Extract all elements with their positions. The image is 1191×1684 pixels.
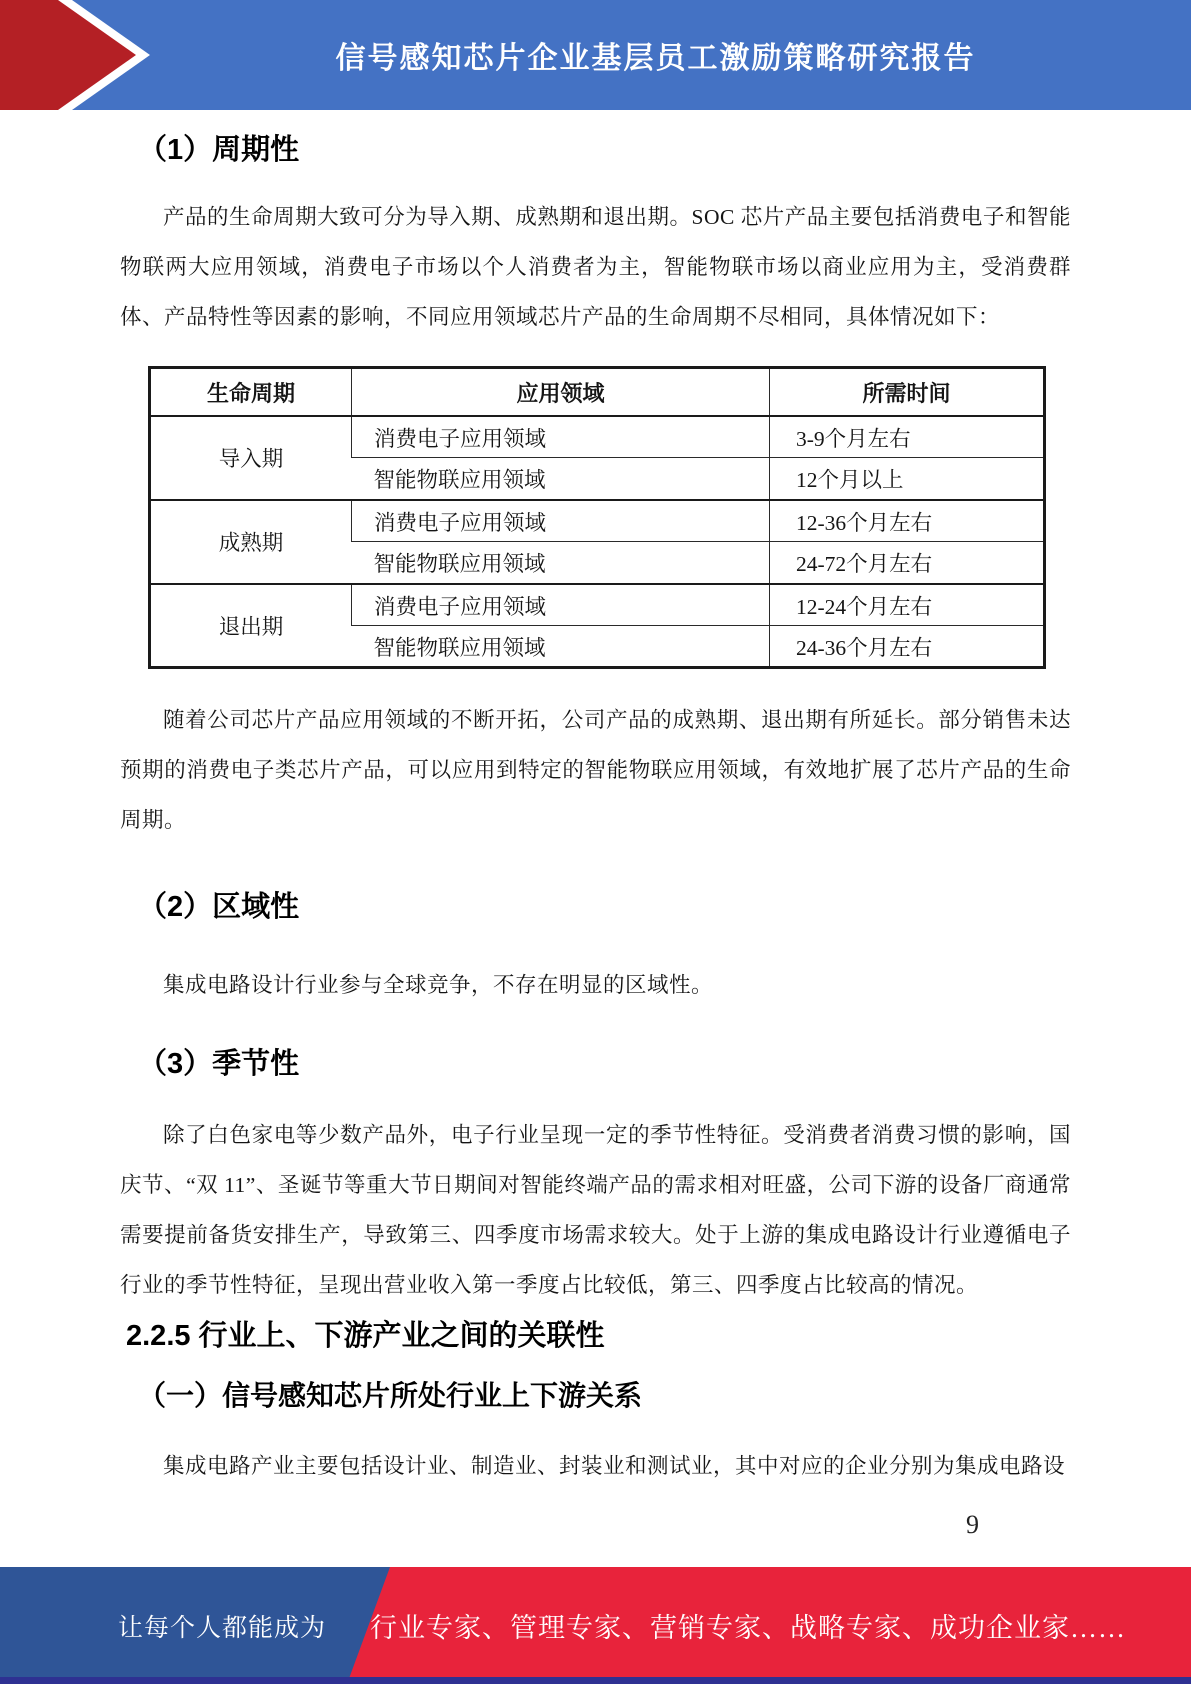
page-content: （1）周期性 产品的生命周期大致可分为导入期、成熟期和退出期。SOC 芯片产品主…	[0, 132, 1191, 1491]
table-cell-field: 消费电子应用领域	[352, 416, 770, 458]
table-cell-time: 12-36个月左右	[770, 500, 1045, 542]
section-heading-seasonality: （3）季节性	[138, 1046, 1071, 1082]
footer-navy-strip	[0, 1677, 1191, 1684]
table-cell-stage: 成熟期	[150, 500, 352, 584]
section-heading-periodicity: （1）周期性	[138, 132, 1071, 168]
footer-slogan-right: 行业专家、管理专家、营销专家、战略专家、成功企业家……	[370, 1606, 1126, 1645]
table-cell-stage: 导入期	[150, 416, 352, 500]
table-cell-field: 智能物联应用领域	[352, 458, 770, 500]
paragraph-lifecycle-extension: 随着公司芯片产品应用领域的不断开拓，公司产品的成熟期、退出期有所延长。部分销售未…	[120, 695, 1071, 845]
table-cell-time: 24-72个月左右	[770, 542, 1045, 584]
table-row: 退出期 消费电子应用领域 12-24个月左右	[150, 584, 1045, 626]
table-header-time: 所需时间	[770, 368, 1045, 416]
table-cell-time: 24-36个月左右	[770, 626, 1045, 668]
report-title: 信号感知芯片企业基层员工激励策略研究报告	[160, 0, 1151, 110]
page-number: 9	[966, 1510, 979, 1540]
lifecycle-table-wrapper: 生命周期 应用领域 所需时间 导入期 消费电子应用领域 3-9个月左右 智能物联…	[148, 366, 1071, 669]
paragraph-seasonality: 除了白色家电等少数产品外，电子行业呈现一定的季节性特征。受消费者消费习惯的影响，…	[120, 1110, 1071, 1310]
header-banner: 信号感知芯片企业基层员工激励策略研究报告	[0, 0, 1191, 110]
footer-band: 让每个人都能成为 行业专家、管理专家、营销专家、战略专家、成功企业家……	[0, 1567, 1191, 1684]
section-heading-industry-linkage: 2.2.5 行业上、下游产业之间的关联性	[126, 1318, 1071, 1354]
section-heading-regionality: （2）区域性	[138, 889, 1071, 925]
table-row: 成熟期 消费电子应用领域 12-36个月左右	[150, 500, 1045, 542]
table-cell-field: 消费电子应用领域	[352, 500, 770, 542]
paragraph-regionality: 集成电路设计行业参与全球竞争，不存在明显的区域性。	[120, 960, 1071, 1010]
section-heading-updown-stream: （一）信号感知芯片所处行业上下游关系	[138, 1378, 1071, 1413]
footer-slogan-left: 让每个人都能成为	[118, 1608, 326, 1644]
table-row: 导入期 消费电子应用领域 3-9个月左右	[150, 416, 1045, 458]
report-page: 信号感知芯片企业基层员工激励策略研究报告 （1）周期性 产品的生命周期大致可分为…	[0, 0, 1191, 1684]
lifecycle-table: 生命周期 应用领域 所需时间 导入期 消费电子应用领域 3-9个月左右 智能物联…	[148, 366, 1046, 669]
table-cell-field: 消费电子应用领域	[352, 584, 770, 626]
table-cell-time: 12-24个月左右	[770, 584, 1045, 626]
table-cell-field: 智能物联应用领域	[352, 626, 770, 668]
paragraph-lifecycle-intro: 产品的生命周期大致可分为导入期、成熟期和退出期。SOC 芯片产品主要包括消费电子…	[120, 192, 1071, 342]
table-header-stage: 生命周期	[150, 368, 352, 416]
table-header-field: 应用领域	[352, 368, 770, 416]
table-cell-field: 智能物联应用领域	[352, 542, 770, 584]
paragraph-ic-industry: 集成电路产业主要包括设计业、制造业、封装业和测试业，其中对应的企业分别为集成电路…	[120, 1441, 1071, 1491]
table-cell-stage: 退出期	[150, 584, 352, 668]
table-cell-time: 12个月以上	[770, 458, 1045, 500]
arrow-right-icon	[0, 0, 140, 110]
table-cell-time: 3-9个月左右	[770, 416, 1045, 458]
table-header-row: 生命周期 应用领域 所需时间	[150, 368, 1045, 416]
